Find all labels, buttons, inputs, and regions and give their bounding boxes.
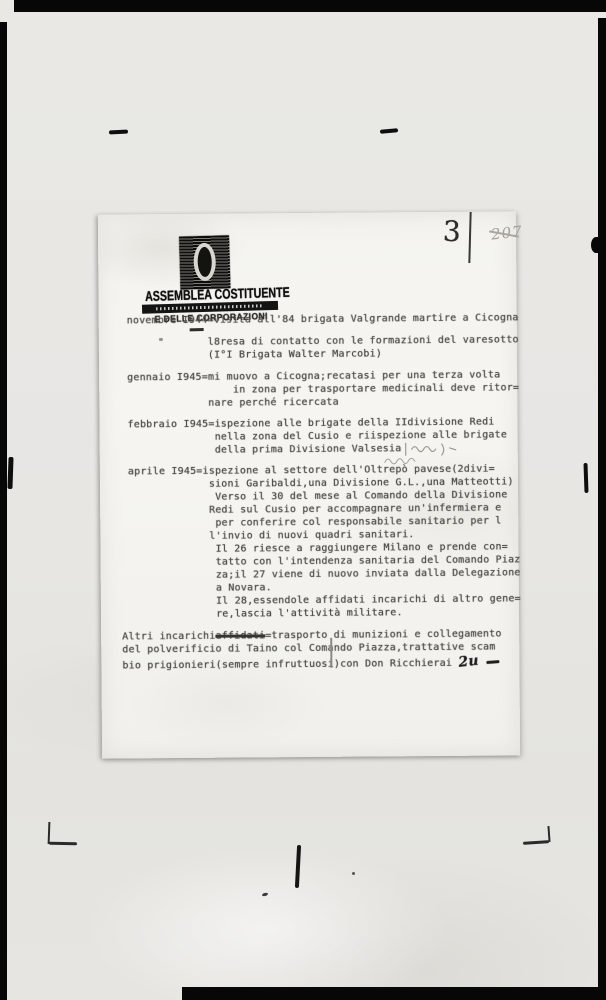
pen-handwritten-note: 2u [457,653,479,671]
typed-line-final: bio prigionieri(sempre infruttuosi)con D… [122,653,524,672]
registration-dash-left [109,130,128,135]
pencil-vertical-mark [330,638,332,668]
registration-dash-right [380,128,398,134]
typed-line: re,lascia l'attività militare. [129,605,524,621]
ink-dot [262,892,269,896]
typed-line: della prima Divisione Valsesia [128,441,523,457]
typed-line: novembre I944=visita all'84 brigata Valg… [127,311,522,327]
document-page: ASSEMBLEA COSTITUENTE E DELLE CORPORAZIO… [98,211,520,758]
film-edge-blob [591,237,601,253]
registration-tick-right [583,463,588,493]
struck-word: affidati [215,630,265,641]
typed-line: nare perché ricercata [127,394,522,410]
altri-prefix: Altri incarichi [122,631,215,643]
stamp-emblem-icon [179,235,231,289]
pencil-annotation-small [383,455,417,465]
corner-mark-bottom-left-h [49,842,77,845]
altri-line3-text: bio prigionieri(sempre infruttuosi)con D… [122,658,452,672]
typed-line: (I°I Brigata Walter Marcobi) [127,346,522,362]
corner-mark-bottom-right-h [523,840,549,845]
typed-text-block: novembre I944=visita all'84 brigata Valg… [127,311,525,672]
film-frame-top [14,0,606,12]
ink-dot-small [352,872,355,875]
registration-tick-left [7,457,13,489]
altri-suffix: =trasporto di munizioni e collegamento [265,628,501,641]
stamp-emblem-core [197,247,212,277]
pen-dash-mark [486,660,499,664]
ink-stroke-mark [295,845,301,888]
stamp-emblem-ring [193,243,216,282]
film-frame-right [598,18,606,1000]
microfilm-scan: ASSEMBLEA COSTITUENTE E DELLE CORPORAZIO… [0,0,606,1000]
stamp-bar-illegible-text [156,304,264,310]
film-frame-bottom [182,987,606,1000]
film-frame-left [0,22,7,1000]
handwritten-page-number: 3 [442,215,461,249]
corner-mark-bottom-left [48,822,51,844]
